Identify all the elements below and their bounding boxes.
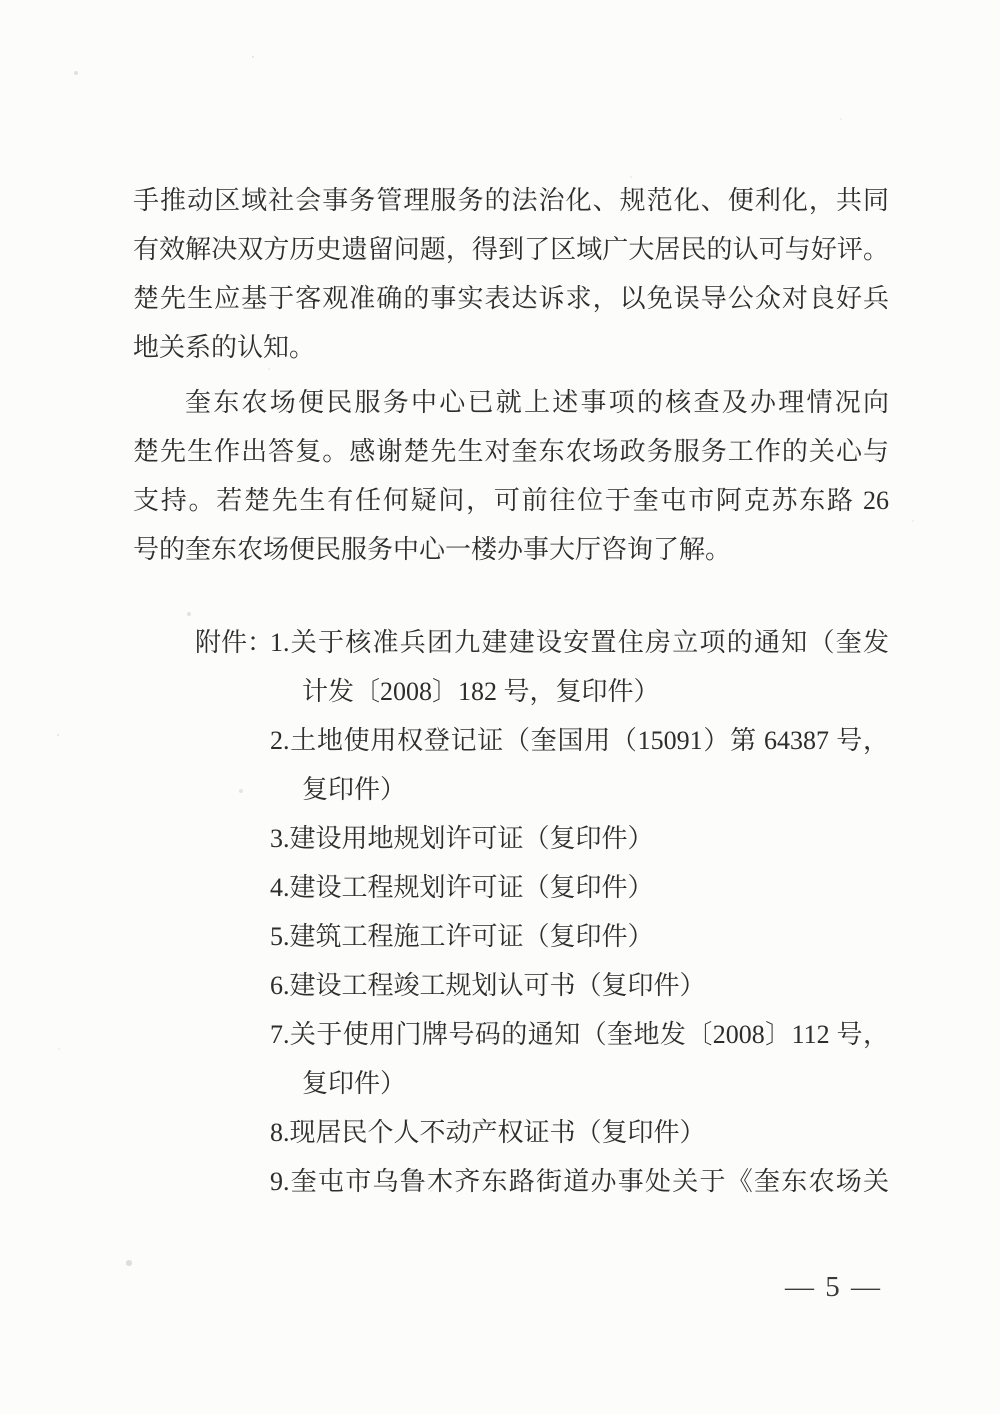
scan-noise: [0, 0, 2, 2]
attachment-item-2: 2.土地使用权登记证（奎国用（15091）第 64387 号，: [270, 716, 889, 765]
text-line: 楚先生应基于客观准确的事实表达诉求，以免误导公众对良好兵: [133, 274, 889, 323]
text-line: 支持。若楚先生有任何疑问，可前往位于奎屯市阿克苏东路 26: [133, 476, 889, 525]
page-number: — 5 —: [785, 1272, 882, 1302]
attachment-item-5: 5.建筑工程施工许可证（复印件）: [270, 912, 889, 961]
attachment-label: 附件：: [195, 618, 273, 667]
attachment-item-6: 6.建设工程竣工规划认可书（复印件）: [270, 961, 889, 1010]
text-line: 手推动区域社会事务管理服务的法治化、规范化、便利化，共同: [133, 176, 889, 225]
attachment-item-3: 3.建设用地规划许可证（复印件）: [270, 814, 889, 863]
text-line: 有效解决双方历史遗留问题，得到了区域广大居民的认可与好评。: [133, 225, 889, 274]
attachment-item-1-cont: 计发〔2008〕182 号，复印件）: [302, 667, 889, 716]
attachment-item-4: 4.建设工程规划许可证（复印件）: [270, 863, 889, 912]
attachment-item-7-cont: 复印件）: [302, 1059, 889, 1108]
text-line: 奎东农场便民服务中心已就上述事项的核查及办理情况向: [133, 378, 889, 427]
attachment-item-1: 1.关于核准兵团九建建设安置住房立项的通知（奎发: [270, 618, 889, 667]
document-page: 手推动区域社会事务管理服务的法治化、规范化、便利化，共同 有效解决双方历史遗留问…: [0, 0, 1000, 1414]
attachment-item-8: 8.现居民个人不动产权证书（复印件）: [270, 1108, 889, 1157]
text-line: 地关系的认知。: [133, 323, 889, 372]
attachment-item-7: 7.关于使用门牌号码的通知（奎地发〔2008〕112 号，: [270, 1010, 889, 1059]
attachment-item-9: 9.奎屯市乌鲁木齐东路街道办事处关于《奎东农场关: [270, 1157, 889, 1206]
document-body: 手推动区域社会事务管理服务的法治化、规范化、便利化，共同 有效解决双方历史遗留问…: [133, 176, 889, 1206]
text-line: 号的奎东农场便民服务中心一楼办事大厅咨询了解。: [133, 525, 889, 574]
text-line: 楚先生作出答复。感谢楚先生对奎东农场政务服务工作的关心与: [133, 427, 889, 476]
paragraph-2: 奎东农场便民服务中心已就上述事项的核查及办理情况向 楚先生作出答复。感谢楚先生对…: [133, 378, 889, 574]
attachment-section: 附件： 1.关于核准兵团九建建设安置住房立项的通知（奎发 计发〔2008〕182…: [133, 618, 889, 1206]
paragraph-1: 手推动区域社会事务管理服务的法治化、规范化、便利化，共同 有效解决双方历史遗留问…: [133, 176, 889, 372]
attachment-item-2-cont: 复印件）: [302, 765, 889, 814]
